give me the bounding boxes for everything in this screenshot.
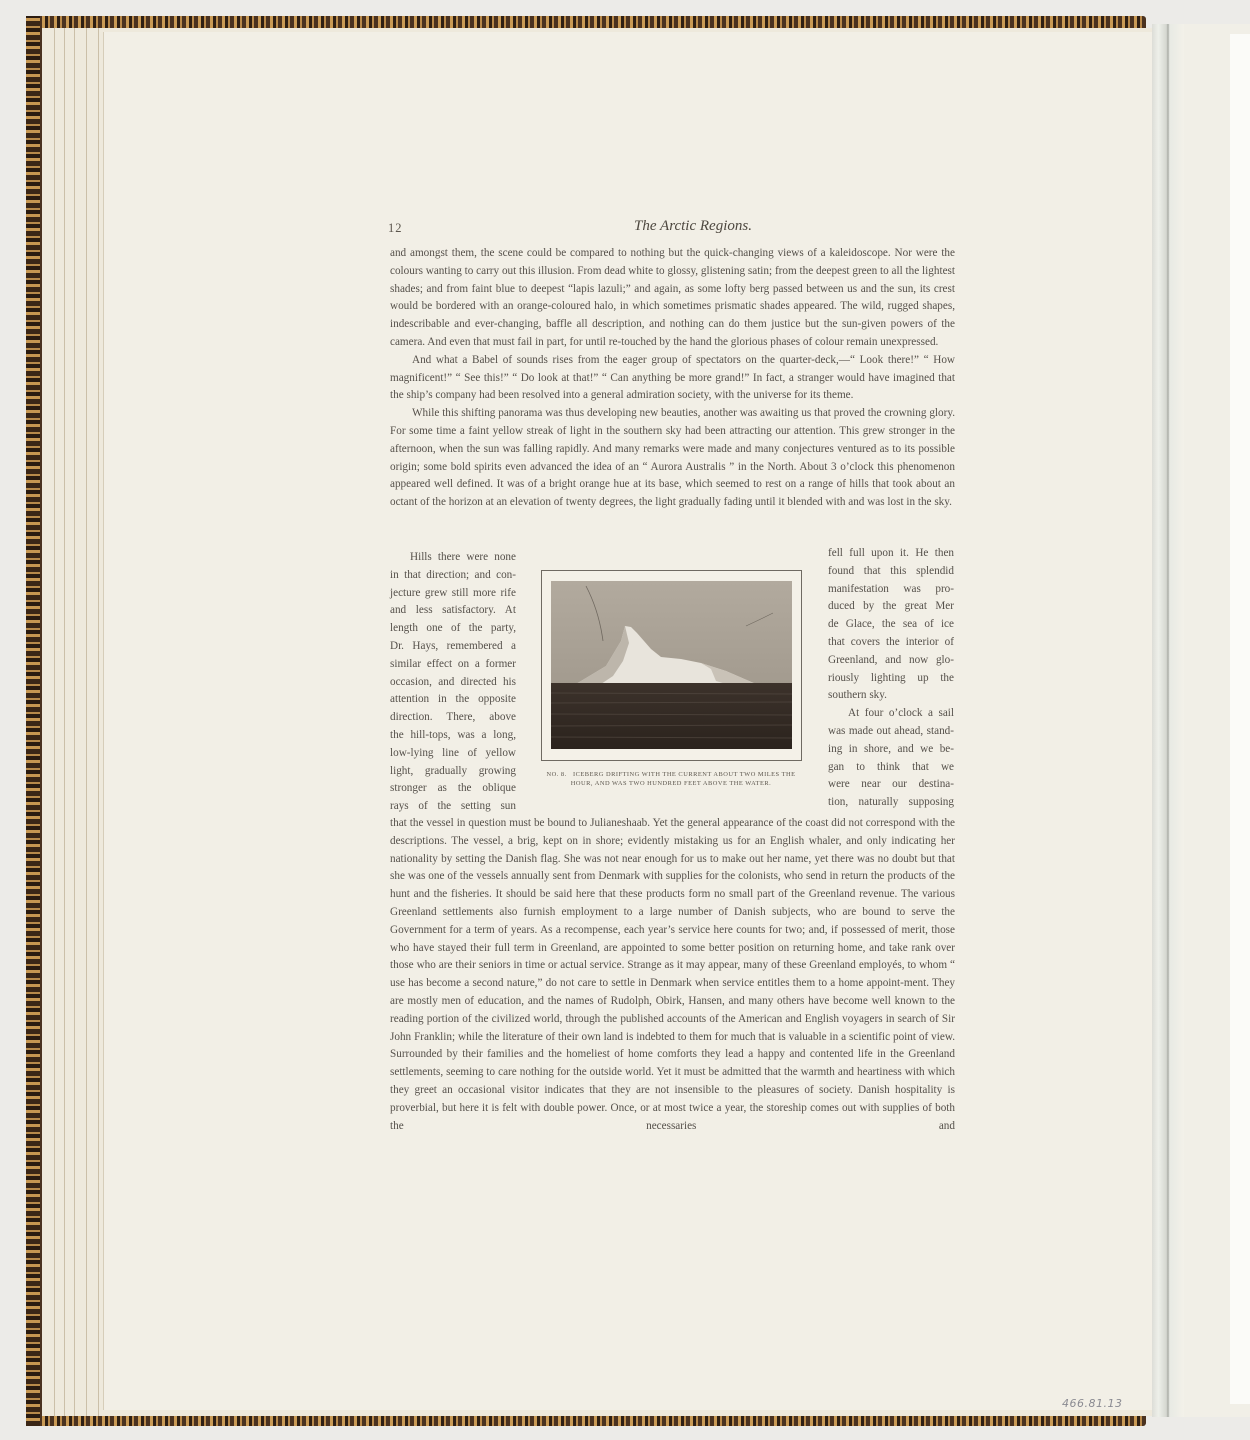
column-line: riously lighting up the <box>828 670 954 688</box>
column-line: and less satisfactory. At <box>390 602 516 620</box>
column-line: attention in the opposite <box>390 691 516 709</box>
column-line: low-lying line of yellow <box>390 745 516 763</box>
page-edge <box>74 28 75 1416</box>
figure-caption: No. 8. Iceberg drifting with the current… <box>541 770 801 788</box>
column-line: ing in shore, and we be- <box>828 741 954 759</box>
figure-frame <box>541 570 802 761</box>
column-line: rays of the setting sun <box>390 798 516 816</box>
paragraph: While this shifting panorama was thus de… <box>390 405 955 512</box>
iceberg-photograph <box>551 581 792 749</box>
column-line: gan to think that we <box>828 759 954 777</box>
column-line: southern sky. <box>828 687 954 705</box>
running-head: 12 The Arctic Regions. <box>388 218 958 238</box>
column-line: occasion, and directed his <box>390 674 516 692</box>
figure-caption-text: Iceberg drifting with the current about … <box>571 771 796 787</box>
book-spine-edge <box>26 16 40 1426</box>
bottom-text-block: that the vessel in question must be boun… <box>390 815 955 1135</box>
column-line: that covers the interior of <box>828 634 954 652</box>
column-line: were near our destina- <box>828 776 954 794</box>
paragraph: And what a Babel of sounds rises from th… <box>390 352 955 405</box>
column-line: At four o’clock a sail <box>828 705 954 723</box>
column-line: Dr. Hays, remembered a <box>390 638 516 656</box>
figure-number: No. 8. <box>547 771 567 778</box>
catalog-number: 466.81.13 <box>1062 1397 1122 1410</box>
column-line: in that direction; and con- <box>390 567 516 585</box>
book-gutter <box>1152 24 1184 1417</box>
column-line: tion, naturally supposing <box>828 794 954 812</box>
column-line: length one of the party, <box>390 620 516 638</box>
column-line: de Glace, the sea of ice <box>828 616 954 634</box>
top-text-block: and amongst them, the scene could be com… <box>390 245 955 512</box>
book-title: The Arctic Regions. <box>388 218 958 235</box>
paragraph: that the vessel in question must be boun… <box>390 815 955 1135</box>
column-line: light, gradually growing <box>390 763 516 781</box>
left-text-column: Hills there were none in that direction;… <box>390 549 516 816</box>
page-edge <box>64 28 65 1416</box>
column-line: duced by the great Mer <box>828 598 954 616</box>
column-line: found that this splendid <box>828 563 954 581</box>
column-line: Greenland, and now glo- <box>828 652 954 670</box>
column-line: fell full upon it. He then <box>828 545 954 563</box>
right-text-column: fell full upon it. He then found that th… <box>828 545 954 812</box>
column-line: jecture grew still more rife <box>390 585 516 603</box>
page-edge <box>86 28 87 1416</box>
paragraph: and amongst them, the scene could be com… <box>390 245 955 352</box>
column-line: was made out ahead, stand- <box>828 723 954 741</box>
column-line: direction. There, above <box>390 709 516 727</box>
column-line: manifestation was pro- <box>828 581 954 599</box>
facing-page-tissue <box>1230 34 1250 1404</box>
iceberg-illustration <box>551 581 792 749</box>
column-line: the hill-tops, was a long, <box>390 727 516 745</box>
page-edge <box>54 28 55 1416</box>
column-line: Hills there were none <box>390 549 516 567</box>
page-edge <box>98 28 99 1416</box>
column-line: similar effect on a former <box>390 656 516 674</box>
column-line: stronger as the oblique <box>390 780 516 798</box>
